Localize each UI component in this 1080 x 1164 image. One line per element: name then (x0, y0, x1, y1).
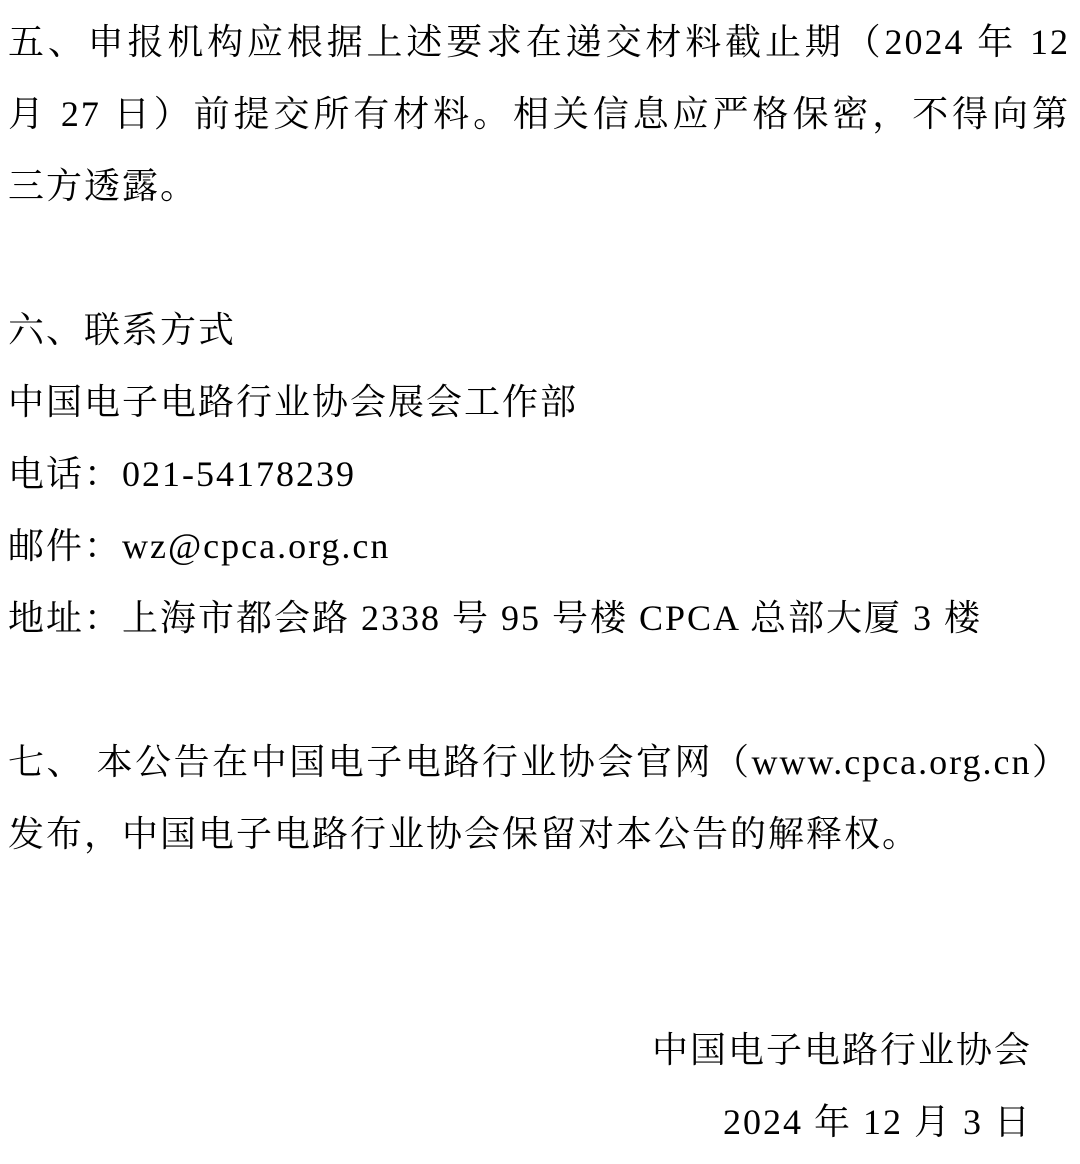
signature-block: 中国电子电路行业协会 2024 年 12 月 3 日 (8, 1014, 1070, 1158)
contact-email-line: 邮件：wz@cpca.org.cn (8, 510, 1070, 582)
paragraph-line: 七、 本公告在中国电子电路行业协会官网（www.cpca.org.cn） (8, 726, 1070, 798)
section-5-paragraph: 五、申报机构应根据上述要求在递交材料截止期（2024 年 12 月 27 日）前… (8, 6, 1070, 222)
signature-organization: 中国电子电路行业协会 (8, 1014, 1070, 1086)
contact-address-line: 地址：上海市都会路 2338 号 95 号楼 CPCA 总部大厦 3 楼 (8, 582, 1070, 654)
paragraph-line: 发布，中国电子电路行业协会保留对本公告的解释权。 (8, 798, 1070, 870)
paragraph-line: 三方透露。 (8, 150, 1070, 222)
paragraph-line: 月 27 日）前提交所有材料。相关信息应严格保密，不得向第 (8, 78, 1070, 150)
section-6-contact: 六、联系方式 中国电子电路行业协会展会工作部 电话：021-54178239 邮… (8, 294, 1070, 654)
contact-department-line: 中国电子电路行业协会展会工作部 (8, 366, 1070, 438)
paragraph-line: 五、申报机构应根据上述要求在递交材料截止期（2024 年 12 (8, 6, 1070, 78)
contact-phone-line: 电话：021-54178239 (8, 438, 1070, 510)
signature-date: 2024 年 12 月 3 日 (8, 1086, 1070, 1158)
section-7-paragraph: 七、 本公告在中国电子电路行业协会官网（www.cpca.org.cn） 发布，… (8, 726, 1070, 870)
section-6-heading: 六、联系方式 (8, 294, 1070, 366)
document-page: 五、申报机构应根据上述要求在递交材料截止期（2024 年 12 月 27 日）前… (0, 0, 1080, 1164)
